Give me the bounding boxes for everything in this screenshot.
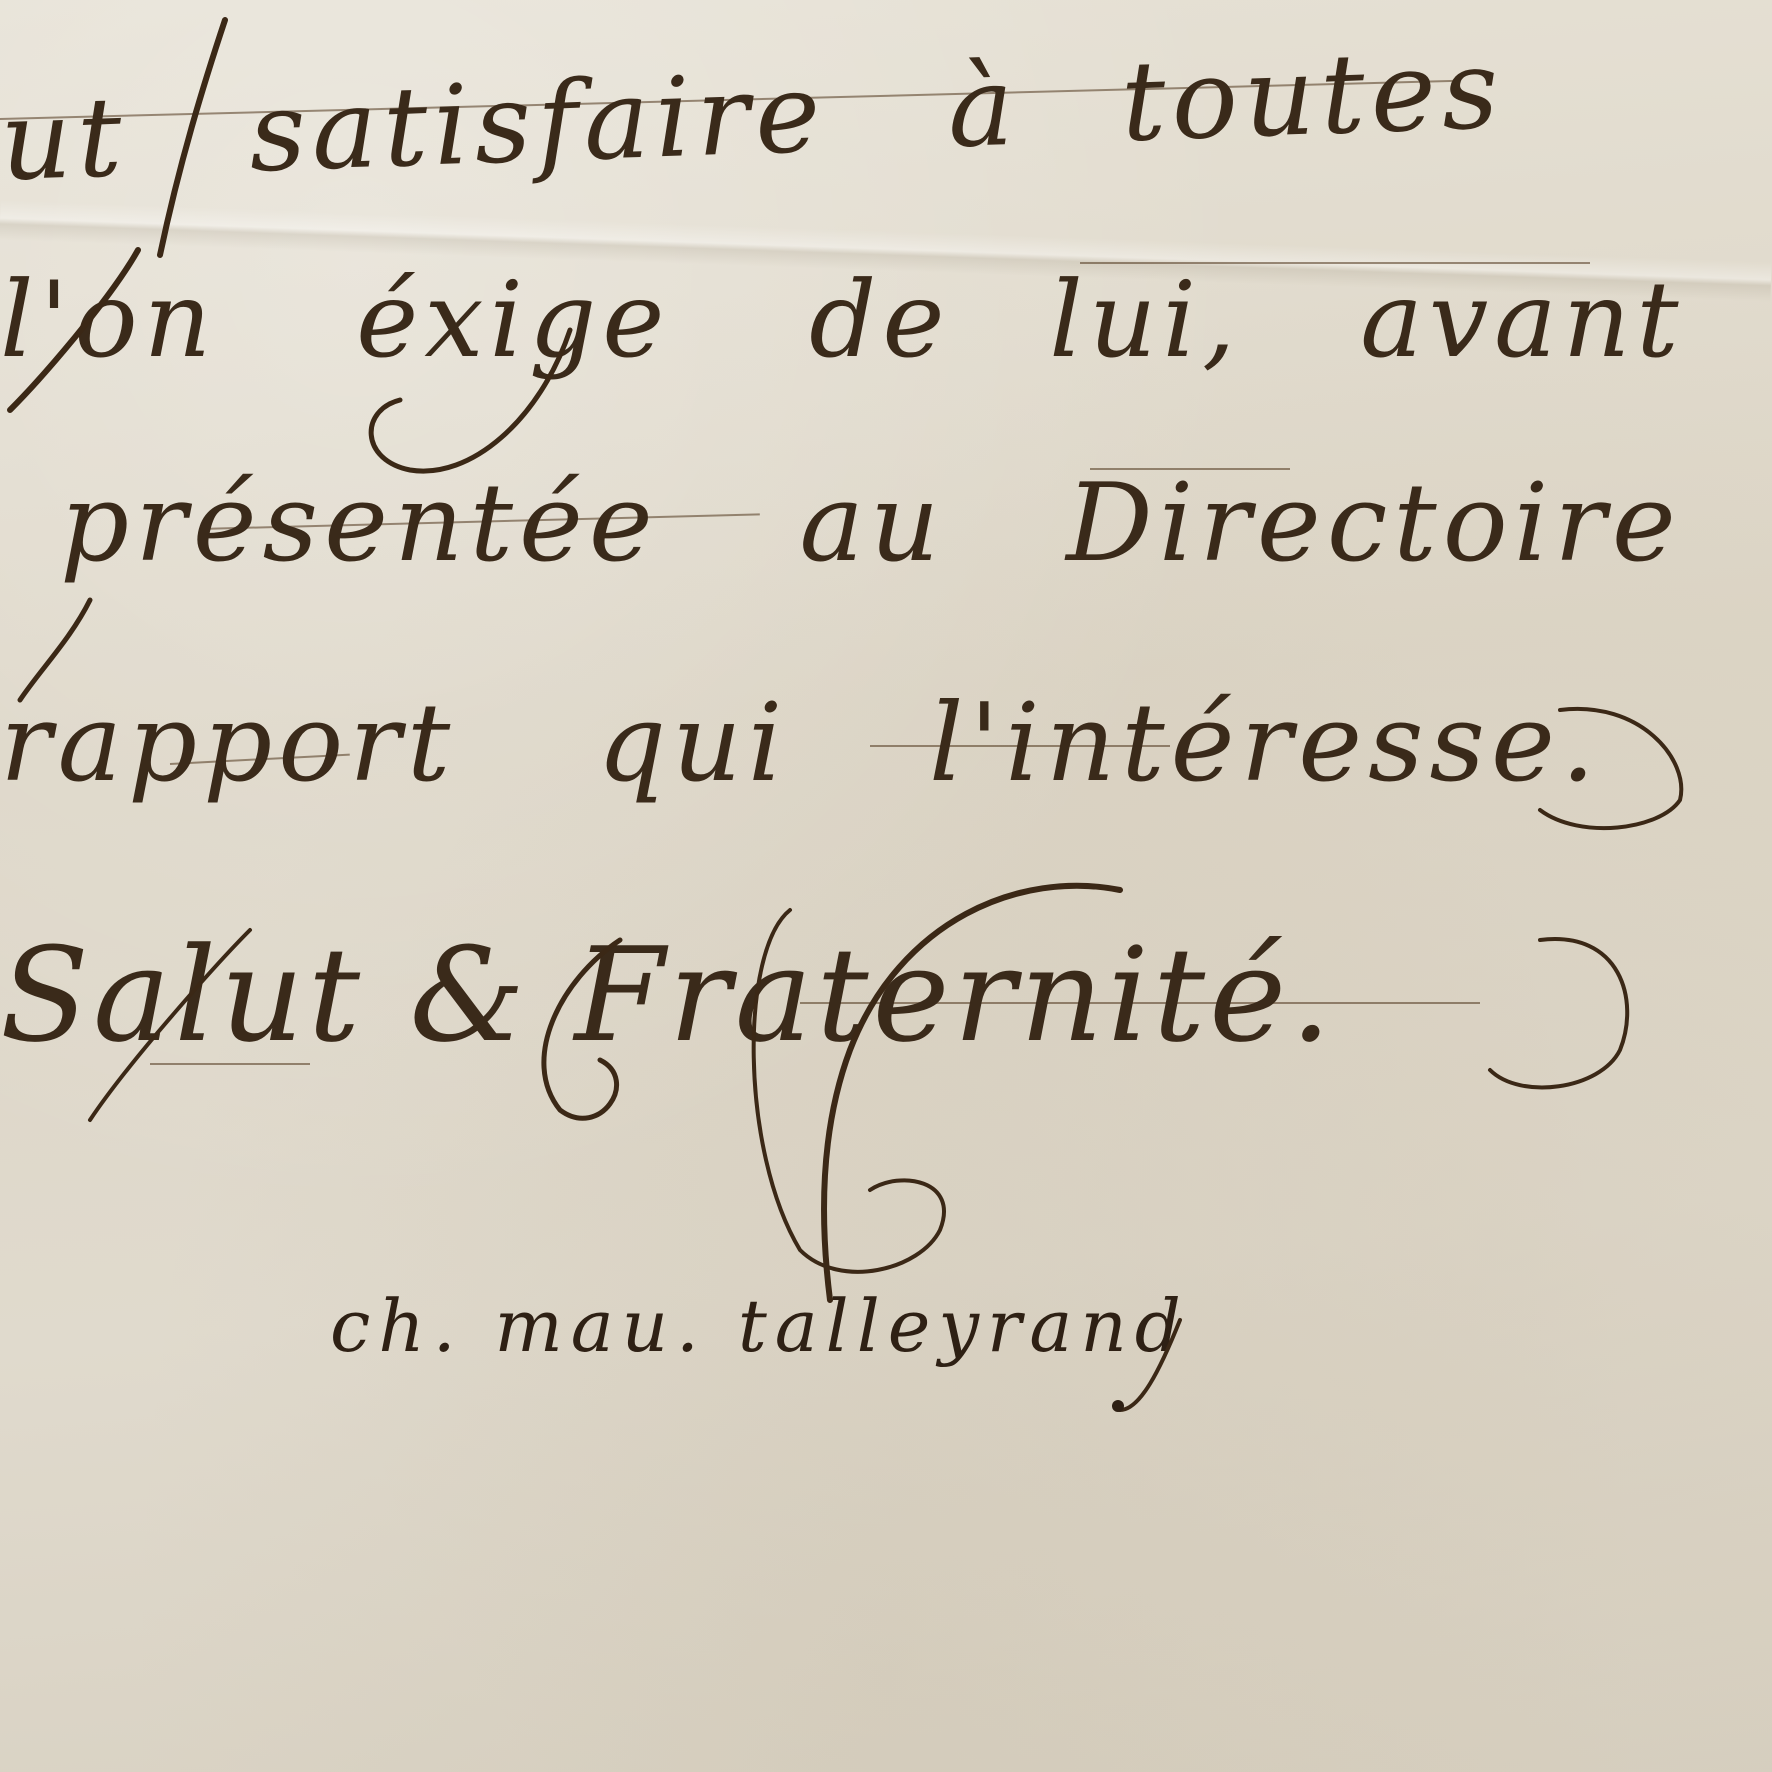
word: l'on bbox=[0, 259, 217, 381]
word: avant bbox=[1360, 259, 1684, 381]
word: satisfaire bbox=[247, 48, 828, 196]
word: Directoire bbox=[1066, 461, 1682, 586]
word: présentée bbox=[60, 461, 659, 586]
word: ut bbox=[0, 73, 130, 205]
signature: ch. mau. talleyrand bbox=[330, 1290, 1189, 1362]
letter-line-1: ut satisfaire à toutes bbox=[0, 34, 1506, 196]
word: qui bbox=[597, 681, 788, 806]
word: lui, bbox=[1049, 259, 1241, 381]
word: l'intéresse. bbox=[929, 681, 1601, 806]
letter-line-3: présentée au Directoire bbox=[60, 470, 1682, 578]
letter-line-4: rapport qui l'intéresse. bbox=[0, 690, 1601, 798]
word: au bbox=[800, 461, 946, 586]
document-page: ut satisfaire à toutes l'on éxige de lui… bbox=[0, 0, 1772, 1772]
word: de bbox=[809, 259, 950, 381]
word: à bbox=[946, 42, 1022, 172]
word: rapport bbox=[0, 681, 456, 806]
closing-salutation: Salut & Fraternité. bbox=[0, 930, 1335, 1060]
letter-line-2: l'on éxige de lui, avant bbox=[0, 268, 1685, 373]
word: éxige bbox=[356, 259, 670, 381]
word: toutes bbox=[1119, 25, 1506, 166]
